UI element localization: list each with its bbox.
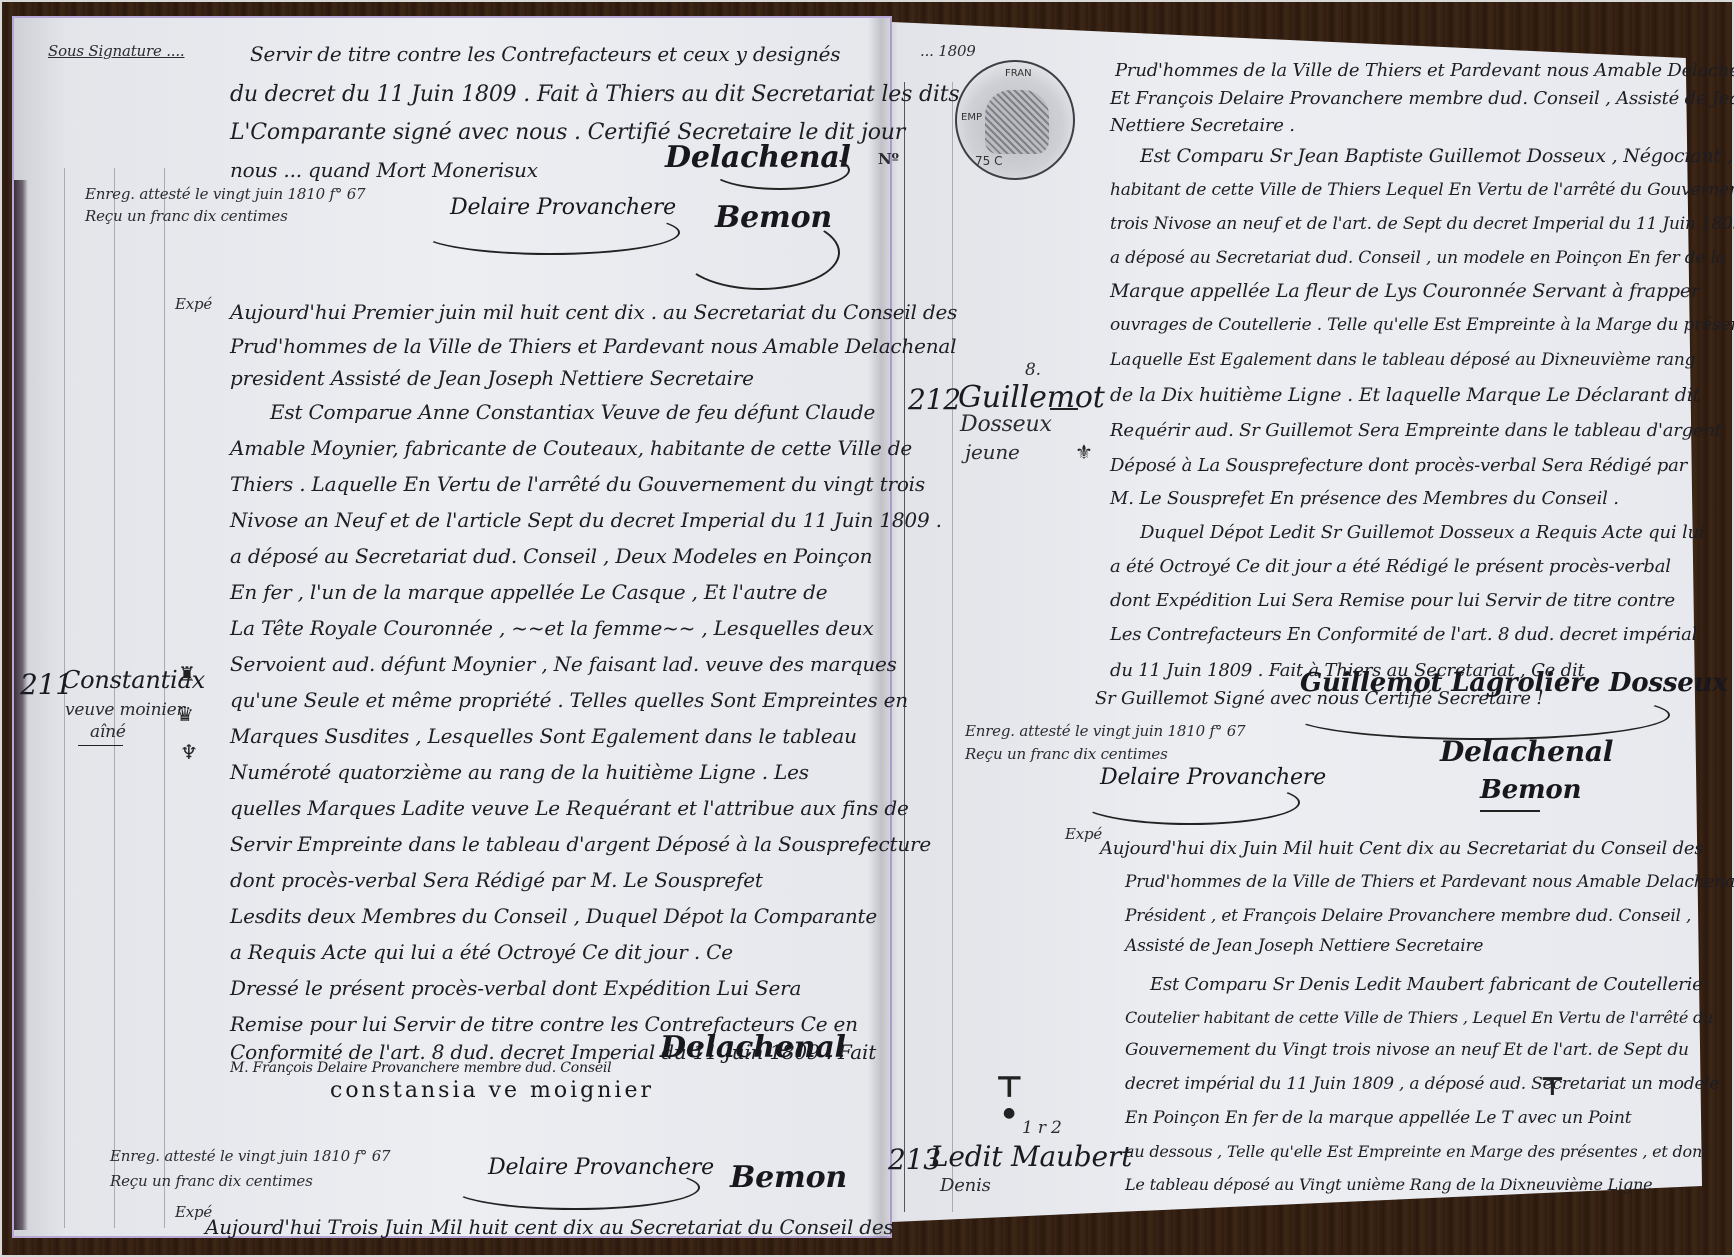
entry-text-line: Aujourd'hui Premier juin mil huit cent d… bbox=[230, 300, 957, 324]
entry-text-line: Le tableau déposé au Vingt unième Rang d… bbox=[1125, 1175, 1652, 1194]
margin-rule bbox=[164, 168, 165, 1228]
signature-bemon: Bemon bbox=[1480, 775, 1581, 805]
entry-text-line: En Poinçon En fer de la marque appellée … bbox=[1125, 1108, 1631, 1128]
page-binding-edge bbox=[14, 180, 28, 1230]
entry-text-line: Thiers . Laquelle En Vertu de l'arrêté d… bbox=[230, 472, 925, 496]
entry-text-line: Aujourd'hui Trois Juin Mil huit cent dix… bbox=[205, 1215, 894, 1239]
entry-text-line: de la Dix huitième Ligne . Et laquelle M… bbox=[1110, 384, 1700, 406]
entry-text-line: dont Expédition Lui Sera Remise pour lui… bbox=[1110, 590, 1675, 611]
entry-text-line: Lesdits deux Membres du Conseil , Duquel… bbox=[230, 904, 877, 928]
entry-text-line: Aujourd'hui dix Juin Mil huit Cent dix a… bbox=[1100, 838, 1703, 859]
entry-text-line: La Tête Royale Couronnée , ~~et la femme… bbox=[230, 616, 874, 640]
entry-text-line: Marque appellée La fleur de Lys Couronné… bbox=[1110, 280, 1700, 302]
entry-underline bbox=[78, 745, 123, 746]
registration-note-line: Enreg. attesté le vingt juin 1810 f° 67 bbox=[85, 185, 365, 203]
entry-text-line: qu'une Seule et même propriété . Telles … bbox=[230, 688, 908, 712]
signature-bemon: Bemon bbox=[730, 1160, 847, 1195]
signature-delachenal: Delachenal bbox=[1440, 735, 1613, 768]
entry-name: Ledit Maubert bbox=[930, 1140, 1132, 1173]
entry-text-line: Président , et François Delaire Provanch… bbox=[1125, 906, 1691, 926]
entry-number: 212 bbox=[908, 383, 961, 416]
entry-superscript: 8. bbox=[1025, 360, 1041, 380]
signature-flourish bbox=[680, 215, 840, 290]
text-line: Et François Delaire Provanchere membre d… bbox=[1110, 88, 1734, 109]
entry-text-line: Prud'hommes de la Ville de Thiers et Par… bbox=[230, 334, 956, 358]
entry-text-line: a déposé au Secretariat dud. Conseil , D… bbox=[230, 544, 872, 568]
entry-text-line: Servoient aud. défunt Moynier , Ne faisa… bbox=[230, 652, 897, 676]
entry-text-line: Requérir aud. Sr Guillemot Sera Empreint… bbox=[1110, 420, 1722, 441]
text-line: Prud'hommes de la Ville de Thiers et Par… bbox=[1115, 60, 1734, 81]
text-line: nous ... quand Mort Monerisux bbox=[230, 158, 538, 182]
signature-delachenal: Delachenal bbox=[660, 1030, 846, 1065]
seal-value: 75 C bbox=[975, 154, 1002, 168]
seal-figure-icon bbox=[985, 90, 1049, 154]
signature-flourish bbox=[710, 150, 850, 190]
entry-text-line: Prud'hommes de la Ville de Thiers et Par… bbox=[1125, 872, 1734, 892]
expedition-label: Expé bbox=[175, 295, 212, 313]
entry-text-line: president Assisté de Jean Joseph Nettier… bbox=[230, 366, 754, 390]
seal-label-top: FRAN bbox=[1005, 68, 1032, 79]
entry-text-line: Gouvernement du Vingt trois nivose an ne… bbox=[1125, 1040, 1689, 1060]
entry-text-line: Numéroté quatorzième au rang de la huiti… bbox=[230, 760, 809, 784]
tau-cross-mark-icon: ⊤ bbox=[995, 1070, 1024, 1105]
point-mark-icon: ● bbox=[1003, 1105, 1015, 1121]
entry-text-line: Servir Empreinte dans le tableau d'argen… bbox=[230, 832, 931, 856]
entry-text-line: ouvrages de Coutellerie . Telle qu'elle … bbox=[1110, 315, 1734, 335]
entry-text-line: Coutelier habitant de cette Ville de Thi… bbox=[1125, 1008, 1713, 1027]
entry-text-line: Duquel Dépot Ledit Sr Guillemot Dosseux … bbox=[1140, 522, 1704, 543]
entry-text-line: Marques Susdites , Lesquelles Sont Egale… bbox=[230, 724, 857, 748]
entry-dash bbox=[1050, 408, 1078, 410]
gutter-mark: Nº bbox=[878, 150, 899, 168]
entry-text-line: Est Comparu Sr Denis Ledit Maubert fabri… bbox=[1150, 974, 1703, 995]
signature-flourish bbox=[450, 1165, 700, 1210]
entry-text-line: Dressé le présent procès-verbal dont Exp… bbox=[230, 976, 801, 1000]
crowned-head-mark-icon: ♛ bbox=[176, 702, 194, 726]
entry-text-line: Amable Moynier, fabricante de Couteaux, … bbox=[230, 436, 912, 460]
entry-text-line: M. François Delaire Provanchere membre d… bbox=[230, 1060, 611, 1076]
entry-text-line: trois Nivose an neuf et de l'art. de Sep… bbox=[1110, 214, 1734, 234]
entry-text-line: habitant de cette Ville de Thiers Lequel… bbox=[1110, 180, 1734, 200]
entry-name: Guillemot bbox=[958, 380, 1105, 415]
entry-text-line: Assisté de Jean Joseph Nettiere Secretai… bbox=[1125, 936, 1483, 956]
entry-text-line: Nivose an Neuf et de l'article Sept du d… bbox=[230, 508, 942, 532]
signature-flourish bbox=[1290, 690, 1670, 740]
fleur-de-lys-mark-icon: ⚜ bbox=[1075, 440, 1093, 464]
registration-note-line: Enreg. attesté le vingt juin 1810 f° 67 bbox=[110, 1147, 390, 1165]
entry-text-line: Est Comparu Sr Jean Baptiste Guillemot D… bbox=[1140, 145, 1734, 167]
registration-note-line: Reçu un franc dix centimes bbox=[85, 207, 288, 225]
registration-note-line: Reçu un franc dix centimes bbox=[110, 1172, 313, 1190]
entry-text-line: a Requis Acte qui lui a été Octroyé Ce d… bbox=[230, 940, 733, 964]
entry-text-line: Est Comparue Anne Constantiax Veuve de f… bbox=[270, 400, 875, 424]
stamp-seal: FRAN EMP 75 C bbox=[955, 60, 1075, 180]
entry-text-line: M. Le Sousprefet En présence des Membres… bbox=[1110, 488, 1619, 509]
entry-suffix: jeune bbox=[965, 440, 1020, 464]
top-corner-note: ... 1809 bbox=[920, 42, 976, 60]
entry-text-line: decret impérial du 11 Juin 1809 , a dépo… bbox=[1125, 1074, 1719, 1094]
entry-suffix: aîné bbox=[90, 722, 126, 742]
seal-label-left: EMP bbox=[961, 112, 982, 123]
entry-subtitle: Denis bbox=[940, 1175, 991, 1196]
signature-flourish bbox=[1080, 780, 1300, 825]
helmet-mark-icon: ♜ bbox=[178, 662, 196, 686]
tau-inline-mark-icon: ⊤ bbox=[1540, 1072, 1565, 1102]
text-line: Servir de titre contre les Contrefacteur… bbox=[250, 42, 840, 66]
margin-rule bbox=[952, 82, 953, 1212]
entry-text-line: a déposé au Secretariat dud. Conseil , u… bbox=[1110, 248, 1726, 268]
registration-note-line: Reçu un franc dix centimes bbox=[965, 745, 1168, 763]
signature-flourish bbox=[420, 210, 680, 255]
entry-text-line: Les Contrefacteurs En Conformité de l'ar… bbox=[1110, 624, 1697, 645]
entry-text-line: au dessous , Telle qu'elle Est Empreinte… bbox=[1125, 1142, 1708, 1161]
entry-subtitle: veuve moinier bbox=[65, 700, 184, 720]
margin-rule bbox=[114, 168, 115, 1228]
entry-text-line: Laquelle Est Egalement dans le tableau d… bbox=[1110, 350, 1695, 370]
expedition-label: Expé bbox=[1065, 825, 1102, 843]
margin-rule bbox=[904, 82, 905, 1212]
text-line: Nettiere Secretaire . bbox=[1110, 115, 1295, 136]
top-margin-note: Sous Signature .... bbox=[48, 42, 185, 60]
registration-note-line: Enreg. attesté le vingt juin 1810 f° 67 bbox=[965, 722, 1245, 740]
cross-mark-icon: ♆ bbox=[180, 740, 198, 764]
entry-text-line: quelles Marques Ladite veuve Le Requéran… bbox=[230, 796, 909, 820]
entry-text-line: Déposé à La Sousprefecture dont procès-v… bbox=[1110, 455, 1687, 476]
signature-underline bbox=[1480, 810, 1540, 812]
entry-text-line: En fer , l'un de la marque appellée Le C… bbox=[230, 580, 827, 604]
entry-text-line: dont procès-verbal Sera Rédigé par M. Le… bbox=[230, 868, 763, 892]
entry-text-line: a été Octroyé Ce dit jour a été Rédigé l… bbox=[1110, 556, 1671, 577]
entry-superscript: 1 r 2 bbox=[1022, 1118, 1062, 1138]
signature-widow: constansia ve moignier bbox=[330, 1078, 654, 1103]
entry-subtitle: Dosseux bbox=[960, 412, 1052, 437]
text-line: du decret du 11 Juin 1809 . Fait à Thier… bbox=[230, 82, 959, 107]
